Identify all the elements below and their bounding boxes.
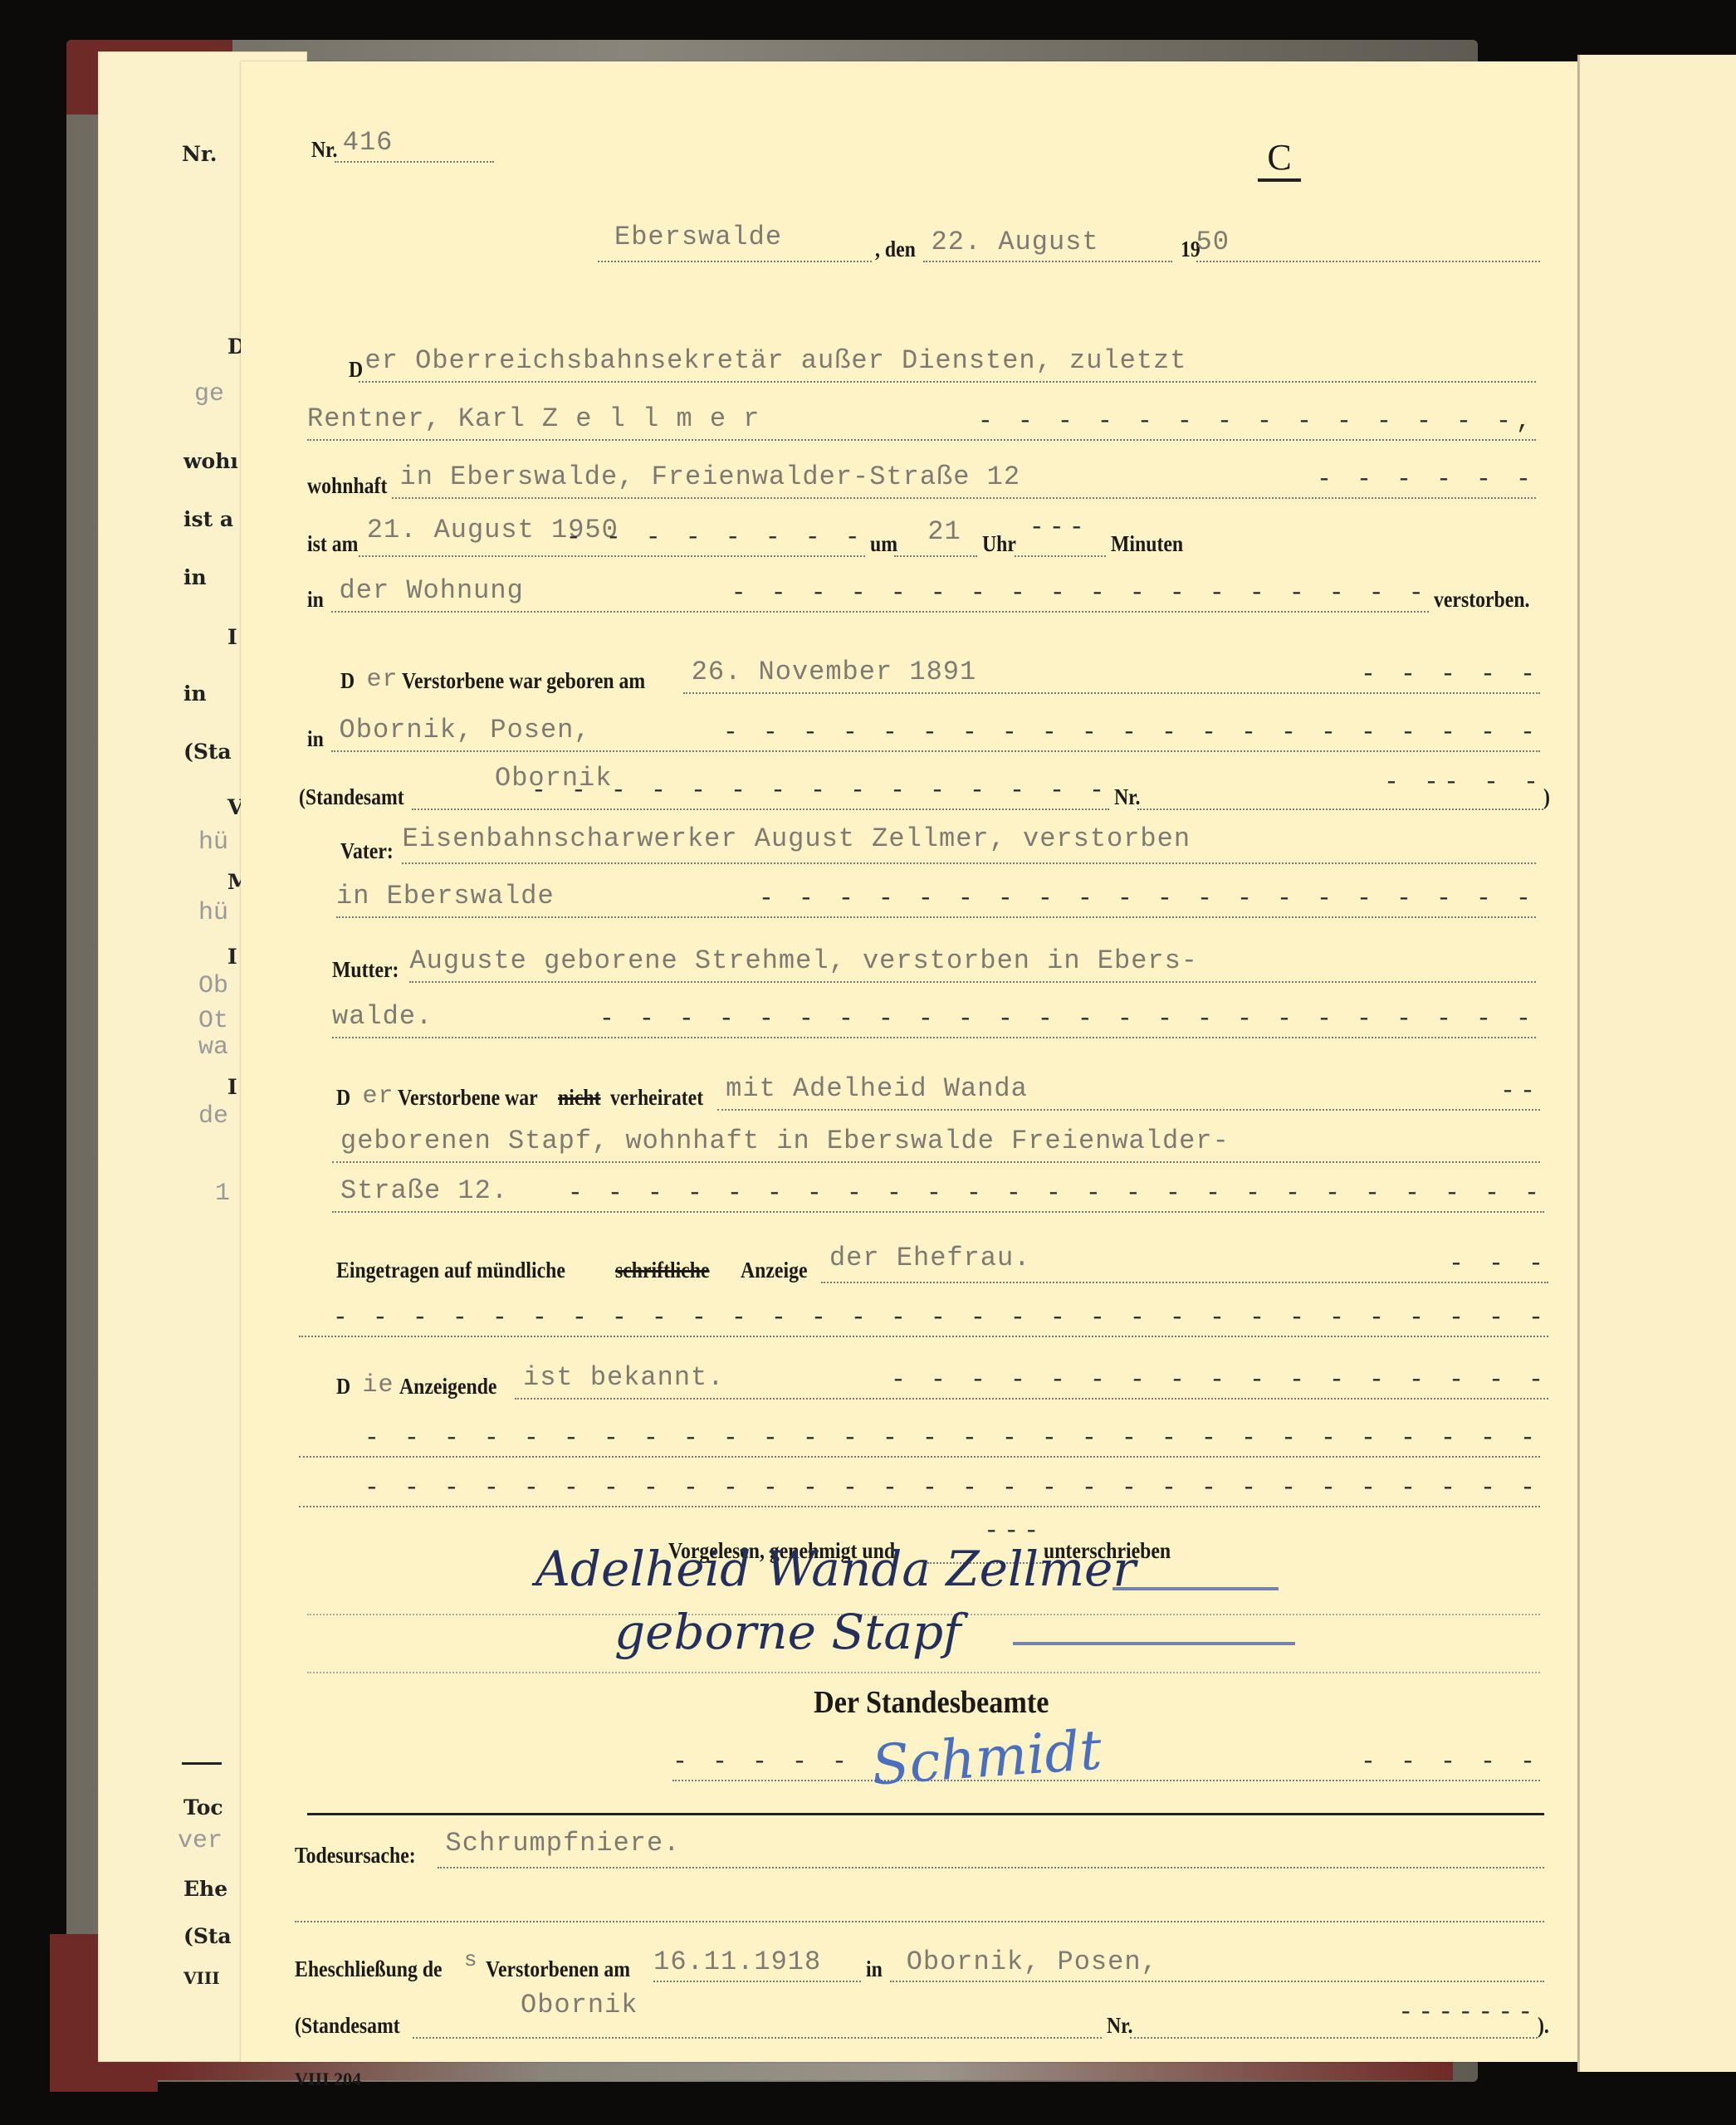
- place-of-death-value: der Wohnung: [340, 575, 524, 606]
- year-value: 50: [1196, 227, 1230, 257]
- marriage-close: ).: [1538, 2013, 1549, 2039]
- registration-row-2: - - - - - - - - - - - - - - - - - - - - …: [299, 1302, 1548, 1337]
- residence-value: in Eberswalde, Freienwalder-Straße 12: [400, 462, 1021, 492]
- anzeige-label: Anzeige: [741, 1258, 807, 1283]
- fill-dashes: - - - - - -: [1317, 466, 1536, 494]
- fill-dashes: - - - - - - - -: [566, 524, 865, 552]
- cause-of-death-row: Todesursache: Schrumpfniere.: [295, 1834, 1544, 1869]
- register-number-value: 416: [343, 127, 394, 158]
- birth-registry-field[interactable]: Obornik- - - - - - - - - - - - - - -: [412, 775, 1109, 810]
- article-suffix: ie: [363, 1371, 394, 1400]
- marriage-label-suffix: s: [464, 1947, 478, 1972]
- fill-dashes: - - - - -: [1361, 1748, 1540, 1776]
- fill-dashes: - - - - - - - - - - - - - - - - -: [891, 1366, 1548, 1395]
- spouse-line-1: mit Adelheid Wanda: [726, 1073, 1028, 1104]
- spouse-field-1[interactable]: mit Adelheid Wanda--: [717, 1076, 1540, 1111]
- father-row-2: in Eberswalde- - - - - - - - - - - - - -…: [336, 883, 1536, 918]
- place-value: Eberswalde: [614, 222, 782, 252]
- nr-label: Nr.: [1114, 784, 1140, 810]
- mother-field-2[interactable]: walde.- - - - - - - - - - - - - - - - - …: [332, 1004, 1536, 1038]
- spouse-field-2[interactable]: geborenen Stapf, wohnhaft in Eberswalde …: [332, 1128, 1540, 1163]
- residence-field[interactable]: in Eberswalde, Freienwalder-Straße 12- -…: [392, 464, 1536, 499]
- birth-row: D er Verstorbene war geboren am 26. Nove…: [340, 659, 1540, 694]
- marriage-date-field[interactable]: 16.11.1918: [653, 1947, 861, 1982]
- registrar-signature: Schmidt: [870, 1717, 1104, 1797]
- underlying-label: Ehe: [183, 1877, 227, 1901]
- father-label: Vater:: [340, 838, 394, 864]
- article-suffix: er: [367, 666, 399, 694]
- deceased-line-1: er Oberreichsbahnsekretär außer Diensten…: [365, 345, 1187, 376]
- marriage-label-start: Eheschließung de: [295, 1956, 443, 1982]
- died-on-field[interactable]: 21. August 1950- - - - - - - -: [359, 522, 865, 557]
- underlying-typed: ge: [194, 380, 224, 408]
- article-prefix: D: [336, 1085, 350, 1111]
- mother-row-1: Mutter: Auguste geborene Strehmel, verst…: [332, 948, 1536, 983]
- fill-dashes: - - -: [1449, 1250, 1548, 1278]
- underlying-label: Toc: [183, 1795, 223, 1820]
- father-field-2[interactable]: in Eberswalde- - - - - - - - - - - - - -…: [336, 883, 1536, 918]
- underlying-typed: ver: [178, 1827, 223, 1855]
- underlying-label: I: [227, 945, 237, 969]
- marriage-place-field[interactable]: Obornik, Posen,: [890, 1947, 1544, 1982]
- died-on-row: ist am 21. August 1950- - - - - - - - um…: [307, 522, 1536, 557]
- mother-field-1[interactable]: Auguste geborene Strehmel, verstorben in…: [409, 948, 1536, 983]
- mother-row-2: walde.- - - - - - - - - - - - - - - - - …: [332, 1004, 1536, 1038]
- in-label: in: [307, 587, 324, 613]
- birth-place-row: in Obornik, Posen,- - - - - - - - - - - …: [307, 717, 1540, 752]
- fill-dashes: - - - - -: [1361, 661, 1540, 689]
- birth-nr-field[interactable]: - -- - -: [1137, 775, 1543, 810]
- cause-of-death-row-2: [295, 1888, 1544, 1922]
- cause-of-death-field[interactable]: Schrumpfniere.: [438, 1834, 1544, 1869]
- birth-registry-row: (Standesamt Obornik- - - - - - - - - - -…: [299, 775, 1544, 810]
- residence-row: wohnhaft in Eberswalde, Freienwalder-Str…: [307, 464, 1536, 499]
- facing-page: [1577, 55, 1736, 2072]
- date-value: 22. August: [932, 227, 1099, 257]
- fill-dashes: - - - - - - - - - - - - - - - - - - - - …: [599, 1005, 1536, 1033]
- fill-dashes: - - - - - - - - - - - - - - - - - - - - …: [364, 1424, 1540, 1453]
- hour-field[interactable]: 21: [894, 522, 977, 557]
- born-label: Verstorbene war geboren am: [402, 668, 645, 694]
- informant-signature-2: geborne Stapf: [614, 1604, 961, 1660]
- blank-row-1: - - - - - - - - - - - - - - - - - - - - …: [299, 1423, 1540, 1458]
- residence-label: wohnhaft: [307, 473, 387, 499]
- marriage-date-value: 16.11.1918: [653, 1947, 821, 1977]
- uhr-label: Uhr: [982, 531, 1016, 557]
- marital-row-3: Straße 12.- - - - - - - - - - - - - - - …: [332, 1178, 1544, 1213]
- place-field[interactable]: Eberswalde: [598, 227, 872, 262]
- informant-known-row: D ie Anzeigende ist bekannt.- - - - - - …: [336, 1365, 1548, 1400]
- cause-of-death-label: Todesursache:: [295, 1843, 416, 1869]
- birth-date-field[interactable]: 26. November 1891- - - - -: [683, 659, 1540, 694]
- cause-of-death-value: Schrumpfniere.: [446, 1828, 681, 1859]
- fill-dashes: ---: [1029, 514, 1089, 542]
- verstorben-label: verstorben.: [1434, 587, 1529, 613]
- marriage-row: Eheschließung de s Verstorbenen am 16.11…: [295, 1947, 1544, 1982]
- fill-dashes: --: [1500, 1077, 1540, 1106]
- signature-dash-2: [1013, 1642, 1295, 1645]
- place-of-death-field[interactable]: der Wohnung- - - - - - - - - - - - - - -…: [331, 578, 1429, 613]
- underlying-typed: wa: [198, 1033, 228, 1062]
- um-label: um: [870, 531, 897, 557]
- fill-dashes: - - - - -: [672, 1748, 852, 1776]
- struck-schriftliche: schriftliche: [615, 1258, 709, 1283]
- underlying-label: Nr.: [182, 142, 217, 166]
- den-label: , den: [875, 237, 916, 262]
- underlying-label: I: [227, 1075, 237, 1099]
- informant-signature-1: Adelheid Wanda Zellmer: [535, 1541, 1136, 1597]
- war-label: Verstorbene war: [398, 1085, 538, 1111]
- died-on-label: ist am: [307, 531, 358, 557]
- standesamt-label: (Standesamt: [299, 784, 404, 810]
- fill-dashes: - - - - - - - - - - - - - - - - - - - - …: [723, 719, 1540, 747]
- underlying-rule: [182, 1762, 222, 1765]
- year-field[interactable]: 50: [1196, 227, 1540, 262]
- marital-row-1: D er Verstorbene war nicht verheiratet m…: [336, 1076, 1540, 1111]
- deceased-row-2: Rentner, Karl Z e l l m e r- - - - - - -…: [307, 406, 1536, 441]
- birth-place-field[interactable]: Obornik, Posen,- - - - - - - - - - - - -…: [331, 717, 1540, 752]
- father-line-2: in Eberswalde: [336, 881, 555, 911]
- underlying-typed: hü: [198, 828, 228, 857]
- underlying-typed: 1: [215, 1180, 230, 1208]
- marriage-registry-field[interactable]: Obornik: [413, 2004, 1102, 2039]
- father-line-1: Eisenbahnscharwerker August Zellmer, ver…: [402, 823, 1191, 854]
- marriage-in-label: in: [866, 1956, 883, 1982]
- birth-place-value: Obornik, Posen,: [340, 715, 591, 745]
- informant-value: der Ehefrau.: [829, 1243, 1030, 1273]
- underlying-typed: hü: [198, 899, 228, 927]
- register-number-field[interactable]: 416: [335, 128, 494, 163]
- underlying-typed: Ob: [198, 972, 228, 1000]
- underlying-label: wohı: [183, 449, 238, 473]
- minutes-field[interactable]: ---: [1015, 522, 1106, 557]
- registrar-signature-row: - - - - -- - - - -: [672, 1746, 1540, 1781]
- close-paren: ): [1543, 784, 1550, 810]
- fill-dashes: - - - - - - - - - - - - - - - - - -: [731, 579, 1429, 608]
- hour-value: 21: [927, 516, 961, 547]
- place-date-row: Eberswalde , den 22. August 19 50: [598, 227, 1540, 262]
- article-suffix: er: [363, 1082, 394, 1111]
- marital-row-2: geborenen Stapf, wohnhaft in Eberswalde …: [332, 1128, 1540, 1163]
- father-field-1[interactable]: Eisenbahnscharwerker August Zellmer, ver…: [402, 829, 1536, 864]
- underlying-label: ist a: [183, 507, 233, 531]
- underlying-label: in: [183, 565, 207, 589]
- fill-dashes: - - - - - - - - - - - - - - - - - - - - …: [333, 1304, 1548, 1332]
- fill-dashes: -------: [1398, 1999, 1538, 2027]
- underlying-label: I: [227, 625, 237, 649]
- registration-row: Eingetragen auf mündliche schriftliche A…: [336, 1248, 1548, 1283]
- registration-continuation-field[interactable]: - - - - - - - - - - - - - - - - - - - - …: [299, 1302, 1548, 1337]
- death-register-page: Nr. 416 C Eberswalde , den 22. August 19…: [241, 61, 1577, 2062]
- cause-of-death-field-2[interactable]: [295, 1888, 1544, 1922]
- mother-line-2: walde.: [332, 1001, 433, 1032]
- registrar-label: Der Standesbeamte: [814, 1684, 1049, 1721]
- article-prefix: D: [336, 1374, 350, 1400]
- informant-known-value: ist bekannt.: [523, 1362, 724, 1393]
- fill-dashes: - - - - - - - - - - - - - - -: [531, 777, 1109, 805]
- underlying-label: (Sta: [183, 740, 232, 764]
- underlying-label: in: [183, 681, 207, 706]
- fill-dashes: - - - - - - - - - - - - - - - - - - - - …: [364, 1474, 1540, 1502]
- blank-row-2: - - - - - - - - - - - - - - - - - - - - …: [299, 1473, 1540, 1507]
- deceased-field-1[interactable]: er Oberreichsbahnsekretär außer Diensten…: [359, 348, 1537, 383]
- spouse-line-3: Straße 12.: [340, 1175, 508, 1206]
- register-number-row: Nr. 416: [311, 128, 494, 163]
- mother-label: Mutter:: [332, 957, 399, 983]
- marriage-nr-field[interactable]: -------: [1130, 2004, 1538, 2039]
- date-field[interactable]: 22. August: [923, 227, 1172, 262]
- deceased-line-2: Rentner, Karl Z e l l m e r: [307, 403, 760, 434]
- marriage-registry-row: (Standesamt Obornik Nr. ------- ).: [295, 2004, 1544, 2039]
- mother-line-1: Auguste geborene Strehmel, verstorben in…: [409, 945, 1198, 976]
- form-code: VIII 204: [295, 2069, 361, 2090]
- spouse-field-3[interactable]: Straße 12.- - - - - - - - - - - - - - - …: [332, 1178, 1544, 1213]
- article-prefix: D: [340, 668, 355, 694]
- blank-field-2[interactable]: - - - - - - - - - - - - - - - - - - - - …: [299, 1473, 1540, 1507]
- marriage-place-value: Obornik, Posen,: [907, 1947, 1158, 1977]
- informant-known-field[interactable]: ist bekannt.- - - - - - - - - - - - - - …: [515, 1365, 1548, 1400]
- marriage-nr-label: Nr.: [1107, 2013, 1132, 2039]
- marriage-standesamt-label: (Standesamt: [295, 2013, 400, 2039]
- registration-label-start: Eingetragen auf mündliche: [336, 1258, 565, 1283]
- marriage-label-mid: Verstorbenen am: [486, 1956, 630, 1982]
- deceased-row-1: D er Oberreichsbahnsekretär außer Dienst…: [349, 348, 1536, 383]
- father-row-1: Vater: Eisenbahnscharwerker August Zellm…: [340, 829, 1536, 864]
- marriage-registry-value: Obornik: [521, 1990, 638, 2020]
- struck-nicht: nicht: [558, 1085, 600, 1111]
- register-number-label: Nr.: [311, 137, 337, 163]
- underlying-typed: de: [198, 1102, 228, 1131]
- fill-dashes: - - - - - - - - - - - - - - - - - - - -: [759, 885, 1536, 913]
- fill-dashes: - - - - - - - - - - - - - -,: [978, 408, 1536, 436]
- place-of-death-row: in der Wohnung- - - - - - - - - - - - - …: [307, 578, 1536, 613]
- form-letter: C: [1258, 136, 1301, 182]
- fill-dashes: - -- - -: [1384, 769, 1543, 797]
- anzeigende-label: Anzeigende: [399, 1374, 496, 1400]
- spouse-line-2: geborenen Stapf, wohnhaft in Eberswalde …: [340, 1126, 1230, 1156]
- birth-date-value: 26. November 1891: [692, 657, 976, 687]
- deceased-field-2[interactable]: Rentner, Karl Z e l l m e r- - - - - - -…: [307, 406, 1536, 441]
- informant-field[interactable]: der Ehefrau.- - -: [821, 1248, 1548, 1283]
- fill-dashes: - - - - - - - - - - - - - - - - - - - - …: [568, 1180, 1544, 1208]
- signature-dash-1: [1113, 1587, 1279, 1590]
- underlying-typed: Ot: [198, 1007, 228, 1035]
- registrar-signature-field[interactable]: - - - - -- - - - -: [672, 1746, 1540, 1781]
- section-divider: [307, 1813, 1544, 1815]
- verheiratet-label: verheiratet: [610, 1085, 703, 1111]
- in-label: in: [307, 726, 324, 752]
- underlying-label: VIII: [183, 1968, 220, 1988]
- blank-field-1[interactable]: - - - - - - - - - - - - - - - - - - - - …: [299, 1423, 1540, 1458]
- underlying-label: (Sta: [183, 1924, 232, 1948]
- minuten-label: Minuten: [1111, 531, 1183, 557]
